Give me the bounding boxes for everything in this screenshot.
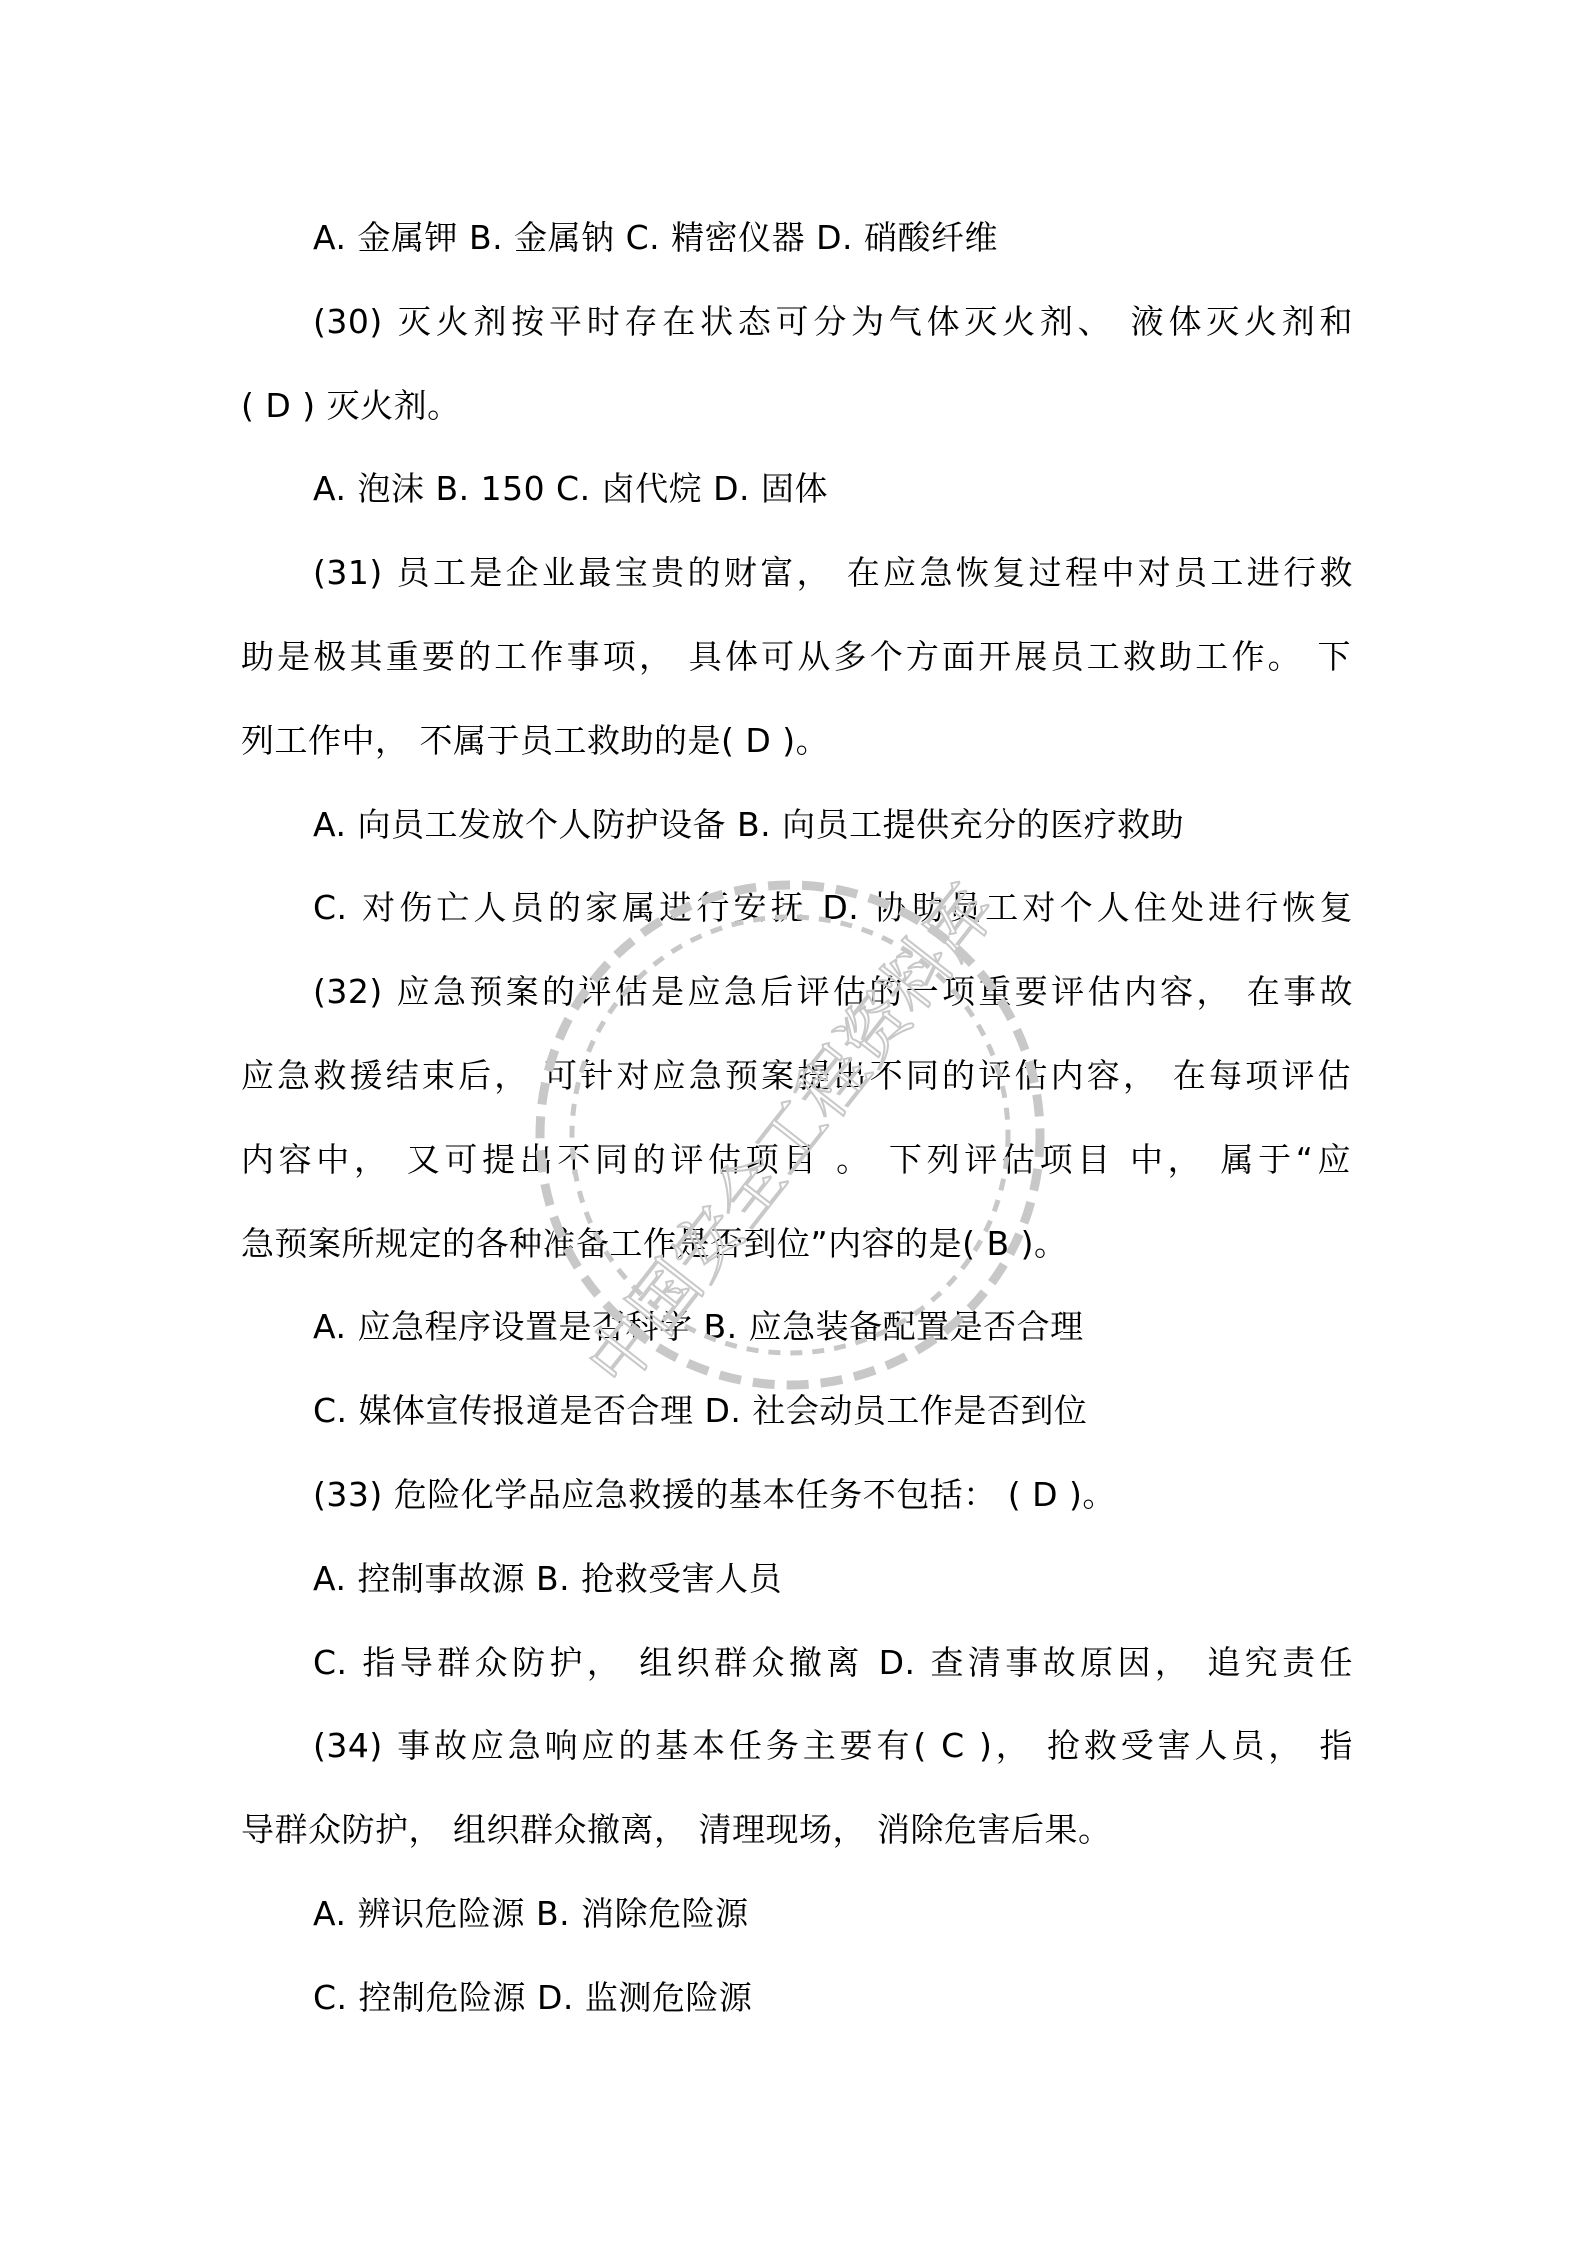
text-line: 应急救援结束后， 可针对应急预案提出不同的评估内容， 在每项评估 [241, 1046, 1351, 1106]
text-line: 内容中， 又可提出不同的评估项目 。 下列评估项目 中， 属于“应 [241, 1130, 1351, 1190]
text-line: (30) 灭火剂按平时存在状态可分为气体灭火剂、 液体灭火剂和 [313, 292, 1353, 352]
text-line: A. 泡沫 B. 150 C. 卤代烷 D. 固体 [313, 459, 1353, 519]
text-line: 急预案所规定的各种准备工作是否到位”内容的是( B )。 [241, 1214, 1351, 1274]
text-line: (34) 事故应急响应的基本任务主要有( C )， 抢救受害人员， 指 [313, 1716, 1353, 1776]
text-line: 导群众防护， 组织群众撤离， 清理现场， 消除危害后果。 [241, 1800, 1351, 1860]
text-line: A. 控制事故源 B. 抢救受害人员 [313, 1549, 1353, 1609]
text-line: A. 金属钾 B. 金属钠 C. 精密仪器 D. 硝酸纤维 [313, 208, 1353, 268]
text-line: 列工作中， 不属于员工救助的是( D )。 [241, 711, 1351, 771]
text-line: A. 应急程序设置是否科学 B. 应急装备配置是否合理 [313, 1297, 1353, 1357]
text-line: (32) 应急预案的评估是应急后评估的一项重要评估内容， 在事故 [313, 962, 1353, 1022]
text-line: C. 媒体宣传报道是否合理 D. 社会动员工作是否到位 [313, 1381, 1353, 1441]
text-line: (33) 危险化学品应急救援的基本任务不包括： ( D )。 [313, 1465, 1353, 1525]
text-line: 助是极其重要的工作事项， 具体可从多个方面开展员工救助工作。 下 [241, 627, 1351, 687]
text-line: ( D ) 灭火剂。 [241, 376, 1351, 436]
text-line: C. 控制危险源 D. 监测危险源 [313, 1968, 1353, 2028]
text-line: A. 辨识危险源 B. 消除危险源 [313, 1884, 1353, 1944]
document-page: A. 金属钾 B. 金属钠 C. 精密仪器 D. 硝酸纤维(30) 灭火剂按平时… [0, 0, 1587, 2245]
text-line: C. 指导群众防护， 组织群众撤离 D. 查清事故原因， 追究责任 [313, 1633, 1353, 1693]
text-line: C. 对伤亡人员的家属进行安抚 D. 协助员工对个人住处进行恢复 [313, 878, 1353, 938]
text-line: A. 向员工发放个人防护设备 B. 向员工提供充分的医疗救助 [313, 795, 1353, 855]
text-line: (31) 员工是企业最宝贵的财富， 在应急恢复过程中对员工进行救 [313, 543, 1353, 603]
